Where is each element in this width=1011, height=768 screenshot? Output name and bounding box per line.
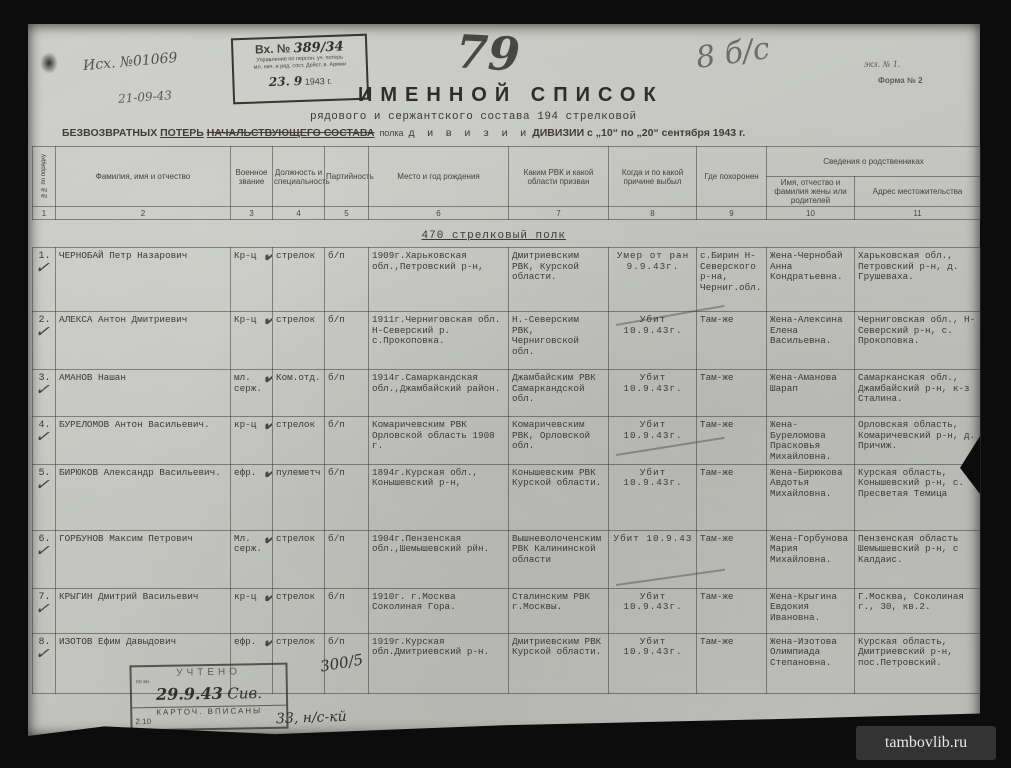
- checkmark-icon: ✓: [259, 417, 273, 439]
- cell-fate: Убит 10.9.43г.: [609, 464, 697, 530]
- cell-index: 8.✓: [33, 633, 56, 693]
- losses-word: БЕЗВОЗВРАТНЫХ: [62, 127, 157, 139]
- cell-address: Курская область, Конышевский р-н, с. Пре…: [855, 464, 981, 530]
- losses-word2: ПОТЕРЬ: [160, 127, 204, 139]
- cell-party: б/п: [325, 312, 369, 370]
- pencil-note: 8 б/с: [694, 31, 772, 76]
- section-row: 470 стрелковый полк: [33, 220, 981, 248]
- col-num: 6: [369, 207, 509, 220]
- cell-relative: Жена-Горбунова Мария Михайловна.: [767, 530, 855, 588]
- signature-handwriting: Сив.: [227, 684, 262, 703]
- col-header-relative: Имя, отчество и фамилия жены или родител…: [767, 177, 855, 207]
- cell-index: 1.✓: [33, 248, 56, 312]
- form-number-label: Форма № 2: [878, 76, 923, 85]
- cell-index: 5.✓: [33, 464, 56, 530]
- cell-birth: 1909г.Харьковская обл.,Петровский р-н,: [369, 248, 509, 312]
- cell-rvk: Н.-Северским РВК, Черниговской обл.: [509, 312, 609, 370]
- cell-position: стрелок: [273, 417, 325, 465]
- cell-position: стрелок: [273, 588, 325, 633]
- col-header-buried: Где похоронен: [697, 147, 767, 207]
- col-num: 5: [325, 207, 369, 220]
- cell-relative: Жена-Алексина Елена Васильевна.: [767, 312, 855, 370]
- col-num: 8: [609, 207, 697, 220]
- col-group-relatives: Сведения о родственниках: [767, 147, 981, 177]
- col-header-rvk: Каким РВК и какой области призван: [509, 147, 609, 207]
- cell-buried: с.Бирин Н-Северского р-на, Черниг.обл.: [697, 248, 767, 312]
- cell-birth: 1910г. г.Москва Соколиная Гора.: [369, 588, 509, 633]
- regiment-section-title: 470 стрелковый полк: [422, 230, 566, 242]
- checkmark-icon: ✓: [34, 600, 50, 618]
- checkmark-icon: ✓: [259, 370, 273, 392]
- cell-fate: Убит 10.9.43г.: [609, 417, 697, 465]
- col-num: 2: [56, 207, 231, 220]
- cell-fate: Убит 10.9.43г.: [609, 312, 697, 370]
- stamp-date-handwriting: 29.9.43: [156, 684, 223, 704]
- table-row: 7.✓ КРЫГИН Дмитрий Васильевич кр-ц✓ стре…: [33, 588, 981, 633]
- cell-name: КРЫГИН Дмитрий Васильевич: [56, 588, 231, 633]
- checkmark-icon: ✓: [34, 476, 50, 494]
- stamp-date-line: 23. 9 1943 г.: [234, 72, 366, 91]
- checkmark-icon: ✓: [259, 530, 273, 552]
- struck-command-staff: НАЧАЛЬСТВУЮЩЕГО СОСТАВА: [207, 127, 375, 139]
- handwritten-note-33: 33, н/с-кй: [276, 709, 347, 727]
- checkmark-icon: ✓: [259, 464, 273, 486]
- cell-party: б/п: [325, 588, 369, 633]
- cell-name: ЧЕРНОБАЙ Петр Назарович: [56, 248, 231, 312]
- cell-relative: Жена-Крыгина Евдокия Ивановна.: [767, 588, 855, 633]
- cell-index: 4.✓: [33, 417, 56, 465]
- checkmark-icon: ✓: [34, 259, 50, 277]
- cell-rank: кр-ц✓: [231, 588, 273, 633]
- col-num: 9: [697, 207, 767, 220]
- col-header-party: Партийность: [325, 147, 369, 207]
- col-num: 11: [855, 207, 981, 220]
- cell-position: стрелок: [273, 248, 325, 312]
- cell-position: пулеметч: [273, 464, 325, 530]
- punch-hole: [40, 52, 58, 74]
- cell-party: б/п: [325, 370, 369, 417]
- cell-rank: кр-ц✓: [231, 417, 273, 465]
- cell-relative: Жена-Аманова Шарап: [767, 370, 855, 417]
- cell-birth: 1914г.Самаркандская обл.,Джамбайский рай…: [369, 370, 509, 417]
- stamp-number-handwriting: 389/34: [293, 39, 343, 56]
- cell-rvk: Конышевским РВК Курской области.: [509, 464, 609, 530]
- col-num: 3: [231, 207, 273, 220]
- checkmark-icon: ✓: [259, 248, 273, 270]
- checkmark-icon: ✓: [34, 381, 50, 399]
- stamp-date-row: 29.9.43 Сив.: [132, 683, 286, 706]
- checkmark-icon: ✓: [259, 633, 273, 655]
- checkmark-icon: ✓: [259, 588, 273, 610]
- col-header-rank: Военное звание: [231, 147, 273, 207]
- col-header-index: №№ по порядку: [33, 147, 56, 207]
- cell-relative: Жена-Бирюкова Авдотья Михайловна.: [767, 464, 855, 530]
- table-row: 5.✓ БИРЮКОВ Александр Васильевич. ефр.✓ …: [33, 464, 981, 530]
- table-row: 2.✓ АЛЕКСА Антон Дмитриевич Кр-ц✓ стрело…: [33, 312, 981, 370]
- cell-index: 3.✓: [33, 370, 56, 417]
- stamp-date-year: 1943 г.: [305, 76, 333, 87]
- polka-word: полка: [379, 128, 403, 138]
- cell-rvk: Дмитриевским РВК, Курской области.: [509, 248, 609, 312]
- cell-relative: Жена-Буреломова Прасковья Михайловна.: [767, 417, 855, 465]
- cell-address: Пензенская область Шемышевский р-н, с Ка…: [855, 530, 981, 588]
- cell-rvk: Джамбайским РВК Самаркандской обл.: [509, 370, 609, 417]
- col-header-fate: Когда и по какой причине выбыл: [609, 147, 697, 207]
- table-row: 6.✓ ГОРБУНОВ Максим Петрович Мл. серж.✓ …: [33, 530, 981, 588]
- cell-fate: Умер от ран 9.9.43г.: [609, 248, 697, 312]
- cell-index: 6.✓: [33, 530, 56, 588]
- cell-rank: Кр-ц✓: [231, 248, 273, 312]
- table-row: 1.✓ ЧЕРНОБАЙ Петр Назарович Кр-ц✓ стрело…: [33, 248, 981, 312]
- cell-position: стрелок: [273, 530, 325, 588]
- cell-position: стрелок: [273, 312, 325, 370]
- column-number-row: 1 2 3 4 5 6 7 8 9 10 11: [33, 207, 981, 220]
- cell-birth: 1904г.Пензенская обл.,Шемышевский рйн.: [369, 530, 509, 588]
- casualty-table: №№ по порядку Фамилия, имя и отчество Во…: [32, 146, 981, 694]
- cell-address: Курская область, Дмитриевский р-н, пос.П…: [855, 633, 981, 693]
- subtitle-typed-line: рядового и сержантского состава 194 стре…: [310, 111, 637, 123]
- cell-party: б/п: [325, 530, 369, 588]
- cell-name: АЛЕКСА Антон Дмитриевич: [56, 312, 231, 370]
- outgoing-number-handwriting: Исх. №01069: [82, 50, 178, 74]
- col-num: 7: [509, 207, 609, 220]
- cell-name: БИРЮКОВ Александр Васильевич.: [56, 464, 231, 530]
- checkmark-icon: ✓: [34, 542, 50, 560]
- col-num: 4: [273, 207, 325, 220]
- cell-buried: Там-же: [697, 370, 767, 417]
- checkmark-icon: ✓: [34, 323, 50, 341]
- checkmark-icon: ✓: [34, 645, 50, 663]
- col-header-name: Фамилия, имя и отчество: [56, 147, 231, 207]
- cell-name: БУРЕЛОМОВ Антон Васильевич.: [56, 417, 231, 465]
- cell-fate: Убит 10.9.43г.: [609, 633, 697, 693]
- cell-position: Ком.отд.: [273, 370, 325, 417]
- cell-buried: Там-же: [697, 588, 767, 633]
- scan-stage: Исх. №01069 21-09-43 79 8 б/с экз. № 1. …: [0, 0, 1011, 768]
- col-header-address: Адрес местожительства: [855, 177, 981, 207]
- cell-rvk: Комаричевским РВК, Орловской обл.: [509, 417, 609, 465]
- cell-buried: Там-же: [697, 312, 767, 370]
- stamp-prefix: Вх. №: [255, 41, 291, 56]
- cell-relative: Жена-Изотова Олимпиада Степановна.: [767, 633, 855, 693]
- checkmark-icon: ✓: [34, 428, 50, 446]
- cell-name: ГОРБУНОВ Максим Петрович: [56, 530, 231, 588]
- cell-address: Орловская область, Комаричевский р-н, д.…: [855, 417, 981, 465]
- cell-buried: Там-же: [697, 464, 767, 530]
- cell-rvk: Сталинским РВК г.Москвы.: [509, 588, 609, 633]
- cell-address: Харьковская обл., Петровский р-н, д. Гру…: [855, 248, 981, 312]
- document-scan: Исх. №01069 21-09-43 79 8 б/с экз. № 1. …: [28, 24, 980, 736]
- cell-rank: Мл. серж.✓: [231, 530, 273, 588]
- cell-buried: Там-же: [697, 530, 767, 588]
- cell-party: б/п: [325, 417, 369, 465]
- cell-address: Черниговская обл., Н-Северский р-н, с. П…: [855, 312, 981, 370]
- division-typed: д и в и з и и: [408, 128, 529, 140]
- page-number-handwriting: 79: [455, 24, 522, 81]
- cell-party: б/п: [325, 464, 369, 530]
- outgoing-date-handwriting: 21-09-43: [118, 88, 173, 106]
- cell-party: б/п: [325, 248, 369, 312]
- copy-note: экз. № 1.: [864, 60, 900, 69]
- period-line: ДИВИЗИИ с „10“ по „20“ сентября 1943 г.: [532, 127, 745, 139]
- table-row: 4.✓ БУРЕЛОМОВ Антон Васильевич. кр-ц✓ ст…: [33, 417, 981, 465]
- cell-birth: 1894г.Курская обл., Конышевский р-н,: [369, 464, 509, 530]
- col-num: 1: [33, 207, 56, 220]
- cell-index: 2.✓: [33, 312, 56, 370]
- cell-rank: мл. серж.✓: [231, 370, 273, 417]
- document-title: ИМЕННОЙ СПИСОК: [358, 84, 664, 107]
- col-header-birth: Место и год рождения: [369, 147, 509, 207]
- cell-birth: 1919г.Курская обл.Дмитриевский р-н.: [369, 633, 509, 693]
- accounting-stamp: УЧТЕНО по кн. 29.9.43 Сив. КАРТОЧ. ВПИСА…: [129, 663, 288, 732]
- cell-address: Г.Москва, Соколиная г., 30, кв.2.: [855, 588, 981, 633]
- cell-name: АМАНОВ Нашан: [56, 370, 231, 417]
- cell-fate: Убит 10.9.43г.: [609, 588, 697, 633]
- stamp-date-handwriting: 23. 9: [269, 74, 303, 89]
- incoming-stamp: Вх. № 389/34 Управление по персон. уч. п…: [231, 34, 369, 105]
- cell-rvk: Дмитриевским РВК Курской области.: [509, 633, 609, 693]
- cell-relative: Жена-Чернобай Анна Кондратьевна.: [767, 248, 855, 312]
- cell-rvk: Вышневолоченским РВК Калининской области: [509, 530, 609, 588]
- cell-index: 7.✓: [33, 588, 56, 633]
- checkmark-icon: ✓: [259, 312, 273, 334]
- cell-buried: Там-же: [697, 633, 767, 693]
- cell-birth: Комаричевским РВК Орловской область 1908…: [369, 417, 509, 465]
- table-row: 3.✓ АМАНОВ Нашан мл. серж.✓ Ком.отд. б/п…: [33, 370, 981, 417]
- cell-address: Самарканская обл., Джамбайский р-н, к-з …: [855, 370, 981, 417]
- col-num: 10: [767, 207, 855, 220]
- cell-birth: 1911г.Черниговская обл. Н-Северский р. с…: [369, 312, 509, 370]
- cell-rank: Кр-ц✓: [231, 312, 273, 370]
- archive-watermark: tambovlib.ru: [856, 726, 996, 760]
- cell-rank: ефр.✓: [231, 464, 273, 530]
- col-header-position: Должность и специальность: [273, 147, 325, 207]
- subtitle-printed-line: БЕЗВОЗВРАТНЫХ ПОТЕРЬ НАЧАЛЬСТВУЮЩЕГО СОС…: [62, 127, 745, 140]
- cell-fate: Убит 10.9.43г.: [609, 370, 697, 417]
